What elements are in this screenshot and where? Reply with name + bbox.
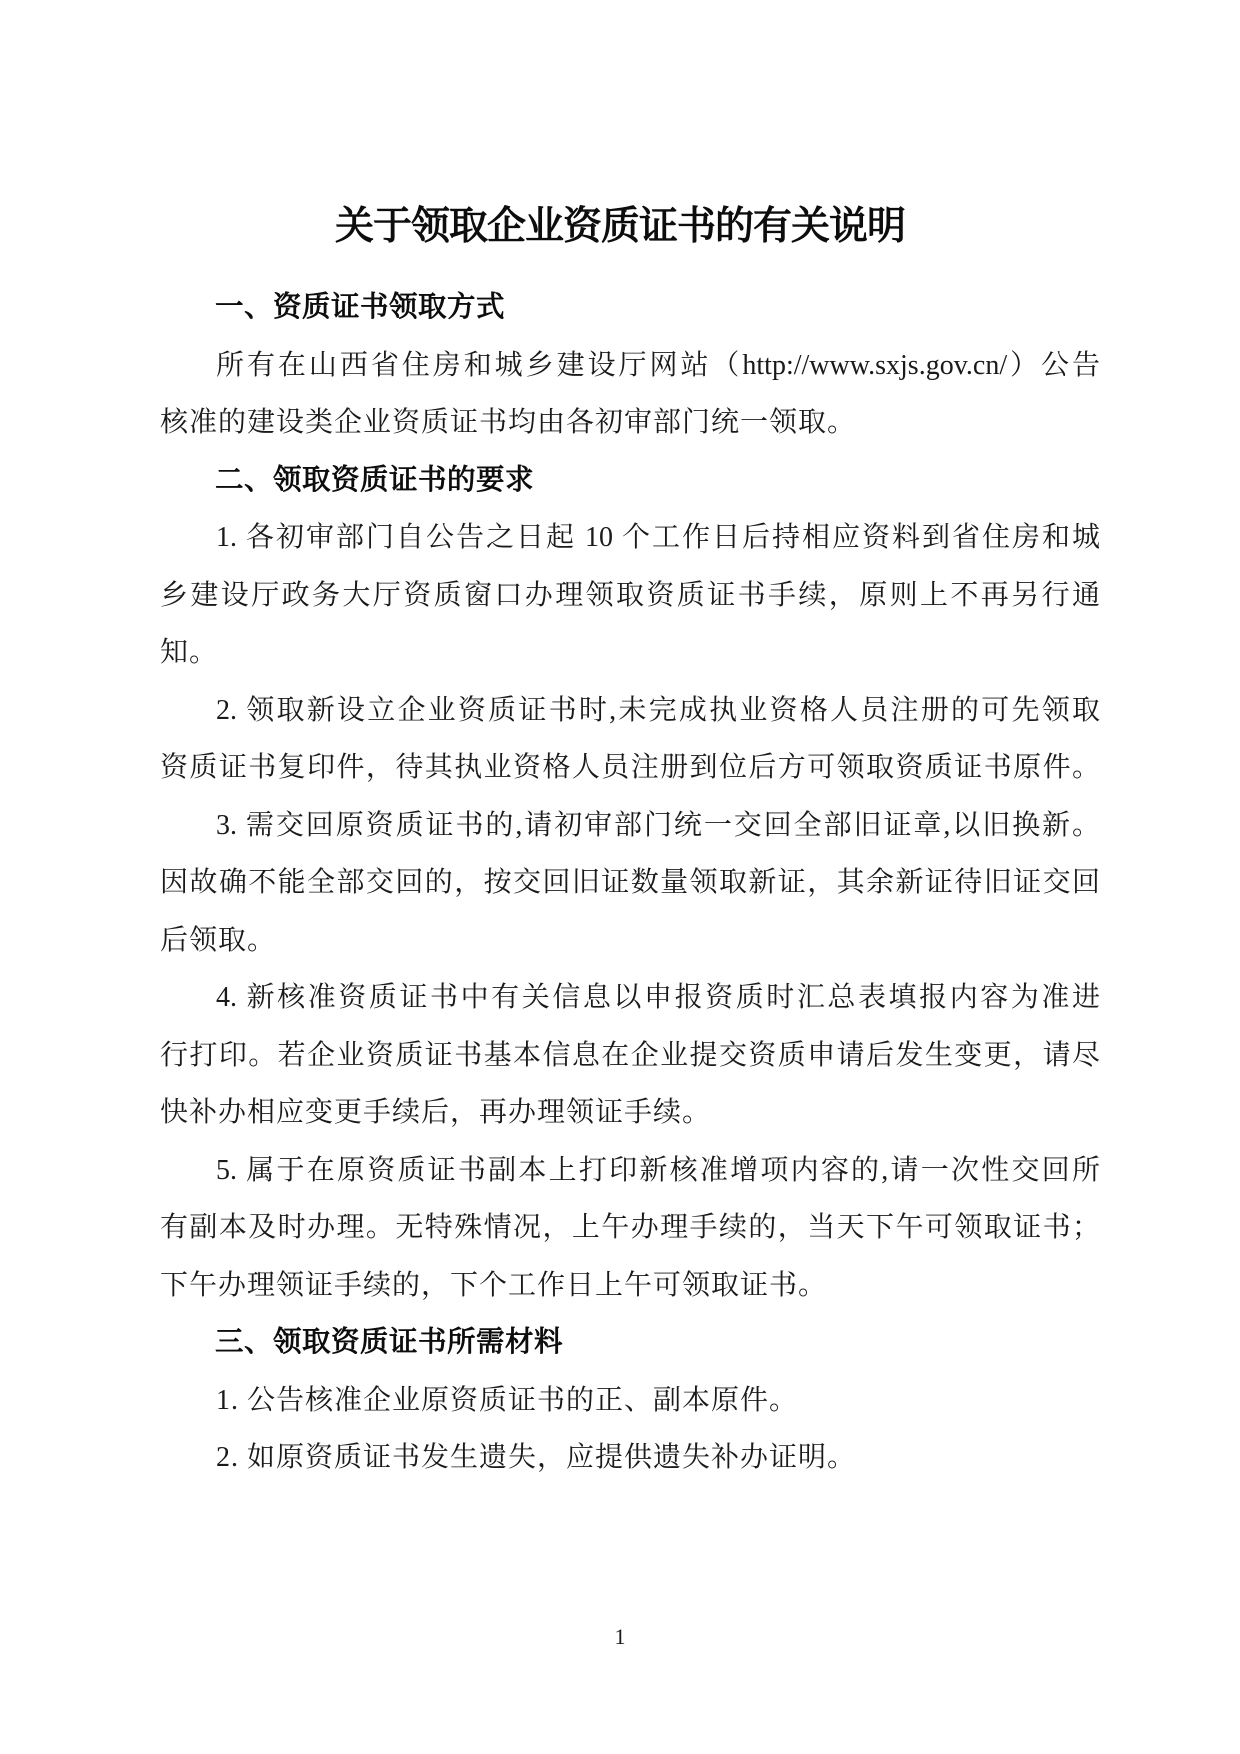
page-title: 关于领取企业资质证书的有关说明: [0, 202, 1240, 252]
section-heading-3: 三、领取资质证书所需材料: [160, 1314, 1100, 1372]
doc-line: 3. 需交回原资质证书的,请初审部门统一交回全部旧证章,以旧换新。: [160, 797, 1100, 855]
section-heading-1: 一、资质证书领取方式: [160, 279, 1100, 337]
doc-line: 2. 领取新设立企业资质证书时,未完成执业资格人员注册的可先领取: [160, 682, 1100, 740]
doc-line: 行打印。若企业资质证书基本信息在企业提交资质申请后发生变更，请尽: [160, 1027, 1100, 1085]
doc-line: 知。: [160, 624, 1100, 682]
doc-line: 2. 如原资质证书发生遗失，应提供遗失补办证明。: [160, 1429, 1100, 1487]
doc-line: 资质证书复印件，待其执业资格人员注册到位后方可领取资质证书原件。: [160, 739, 1100, 797]
doc-line: 所有在山西省住房和城乡建设厅网站（http://www.sxjs.gov.cn/…: [160, 337, 1100, 395]
page-number: 1: [0, 1622, 1240, 1652]
doc-line: 1. 各初审部门自公告之日起 10 个工作日后持相应资料到省住房和城: [160, 509, 1100, 567]
doc-line: 5. 属于在原资质证书副本上打印新核准增项内容的,请一次性交回所: [160, 1142, 1100, 1200]
document-body: 一、资质证书领取方式 所有在山西省住房和城乡建设厅网站（http://www.s…: [160, 279, 1100, 1487]
doc-line: 有副本及时办理。无特殊情况，上午办理手续的，当天下午可领取证书；: [160, 1199, 1100, 1257]
doc-line: 快补办相应变更手续后，再办理领证手续。: [160, 1084, 1100, 1142]
doc-line: 下午办理领证手续的，下个工作日上午可领取证书。: [160, 1257, 1100, 1315]
document-page: 关于领取企业资质证书的有关说明 一、资质证书领取方式 所有在山西省住房和城乡建设…: [0, 0, 1240, 1754]
section-heading-2: 二、领取资质证书的要求: [160, 452, 1100, 510]
doc-line: 乡建设厅政务大厅资质窗口办理领取资质证书手续，原则上不再另行通: [160, 567, 1100, 625]
doc-line: 后领取。: [160, 912, 1100, 970]
doc-line: 4. 新核准资质证书中有关信息以申报资质时汇总表填报内容为准进: [160, 969, 1100, 1027]
doc-line: 1. 公告核准企业原资质证书的正、副本原件。: [160, 1372, 1100, 1430]
doc-line: 核准的建设类企业资质证书均由各初审部门统一领取。: [160, 394, 1100, 452]
doc-line: 因故确不能全部交回的，按交回旧证数量领取新证，其余新证待旧证交回: [160, 854, 1100, 912]
